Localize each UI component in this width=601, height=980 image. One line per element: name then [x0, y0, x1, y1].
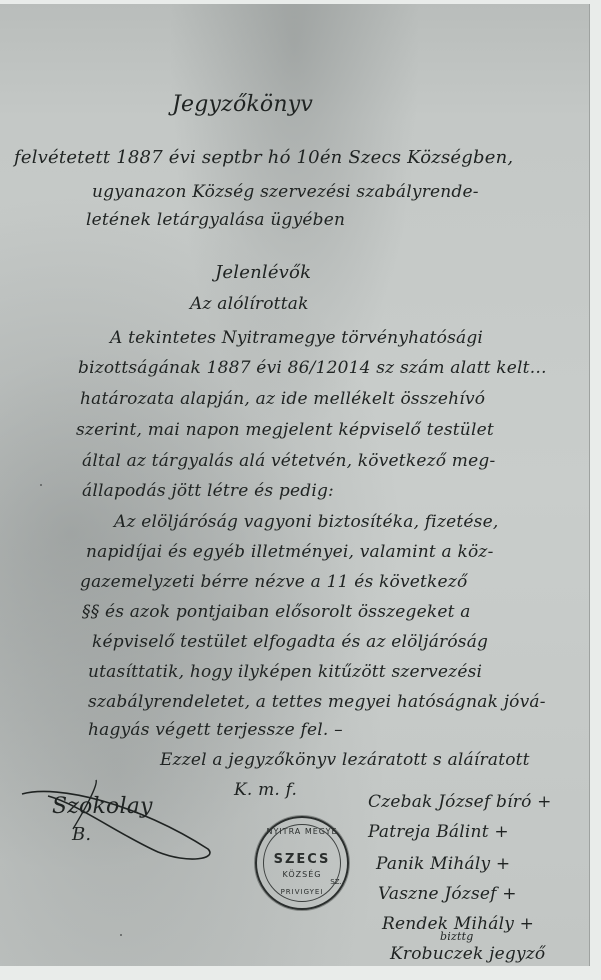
stamp-top-text: NYITRA MEGYE: [257, 827, 347, 836]
signature-6: Krobuczek jegyző: [390, 944, 545, 964]
left-signature: Szokolay: [52, 794, 153, 819]
body-line-2: bizottságának 1887 évi 86/12014 sz szám …: [78, 358, 547, 378]
paper-speck: [120, 934, 122, 936]
header-line-1: felvétetett 1887 évi septbr hó 10én Szec…: [14, 147, 513, 168]
signature-1: Czebak József bíró +: [368, 792, 552, 812]
left-signature-initial: B.: [72, 824, 91, 845]
body-line-12: utasíttatik, hogy ilyképen kitűzött szer…: [88, 662, 482, 682]
signature-4: Vaszne József +: [378, 884, 517, 904]
header-line-3: letének letárgyalása ügyében: [86, 210, 345, 230]
body-line-9: gazemelyzeti bérre nézve a 11 és követke…: [80, 572, 467, 592]
body-line-5: által az tárgyalás alá vétetvén, követke…: [82, 451, 495, 471]
body-line-8: napidíjai és egyéb illetményei, valamint…: [86, 542, 494, 562]
signature-note: bizttg: [440, 930, 473, 943]
paper-speck: [40, 484, 42, 486]
stamp-right-text: SZ.: [327, 878, 345, 886]
village-seal-stamp: NYITRA MEGYE SZECS KÖZSÉG PRIVIGYEI SZ.: [255, 816, 349, 910]
header-line-2: ugyanazon Község szervezési szabályrende…: [92, 182, 479, 202]
body-line-15: Ezzel a jegyzőkönyv lezáratott s aláírat…: [160, 750, 530, 770]
closing-mark: K. m. f.: [234, 780, 297, 800]
present-heading: Jelenlévők: [215, 262, 311, 283]
body-line-3: határozata alapján, az ide mellékelt öss…: [80, 389, 485, 409]
body-line-1: A tekintetes Nyitramegye törvényhatósági: [110, 328, 483, 348]
body-line-14: hagyás végett terjessze fel. –: [88, 720, 343, 740]
body-line-11: képviselő testület elfogadta és az elölj…: [92, 632, 488, 652]
document-title: Jegyzőkönyv: [172, 92, 313, 117]
present-subheading: Az alólírottak: [190, 294, 309, 314]
body-line-10: §§ és azok pontjaiban elősorolt összegek…: [82, 602, 471, 622]
document-page: Jegyzőkönyv felvétetett 1887 évi septbr …: [0, 4, 589, 966]
signature-flourish-icon: [18, 774, 218, 874]
body-line-4: szerint, mai napon megjelent képviselő t…: [76, 420, 494, 440]
stamp-center-text: SZECS: [257, 852, 347, 867]
body-line-6: állapodás jött létre és pedig:: [82, 481, 334, 501]
signature-3: Panik Mihály +: [376, 854, 510, 874]
body-line-13: szabályrendeletet, a tettes megyei hatós…: [88, 692, 546, 712]
stamp-bottom-text: PRIVIGYEI: [257, 888, 347, 896]
signature-2: Patreja Bálint +: [368, 822, 509, 842]
body-line-7: Az elöljáróság vagyoni biztosítéka, fize…: [114, 512, 498, 532]
